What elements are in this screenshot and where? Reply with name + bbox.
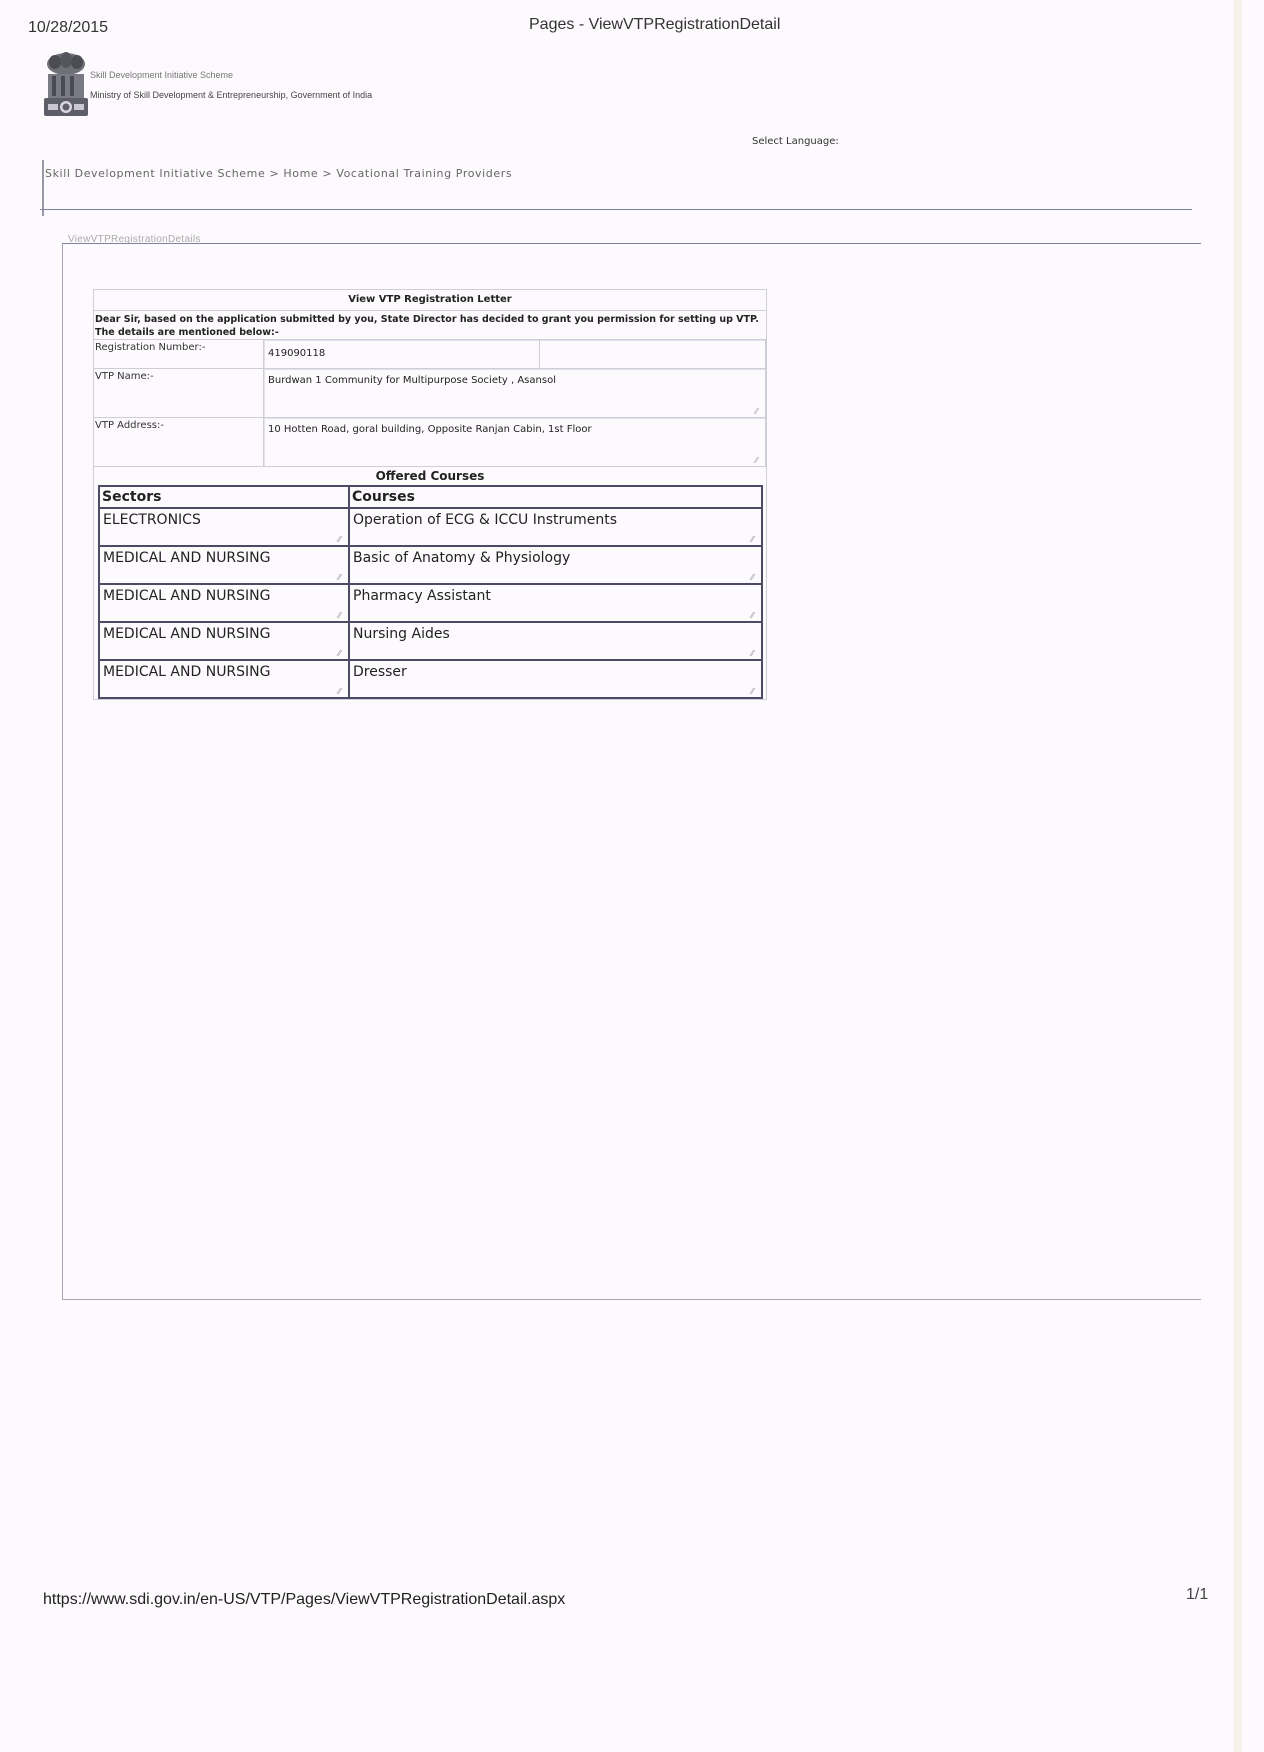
- page-number: 1/1: [1186, 1586, 1208, 1604]
- course-field[interactable]: Operation of ECG & ICCU Instruments⁄⁄: [349, 508, 762, 546]
- divider: [40, 209, 1192, 210]
- column-header-sectors: Sectors: [99, 486, 349, 508]
- course-value: Operation of ECG & ICCU Instruments: [353, 512, 617, 528]
- vtp-name-row: VTP Name:- Burdwan 1 Community for Multi…: [94, 368, 766, 417]
- course-value: Dresser: [353, 664, 407, 680]
- offered-courses-table: Sectors Courses ELECTRONICS⁄⁄ Operation …: [98, 485, 763, 699]
- site-name: Skill Development Initiative Scheme: [90, 70, 233, 80]
- resize-grip-icon[interactable]: ⁄⁄: [338, 688, 345, 695]
- course-value: Nursing Aides: [353, 626, 450, 642]
- registration-number-label: Registration Number:-: [94, 340, 263, 368]
- course-value: Basic of Anatomy & Physiology: [353, 550, 570, 566]
- registration-number-value: 419090118: [268, 348, 325, 359]
- breadcrumb-separator: >: [269, 167, 279, 180]
- breadcrumb-separator: >: [322, 167, 332, 180]
- sector-value: MEDICAL AND NURSING: [103, 626, 271, 642]
- registration-number-field[interactable]: 419090118: [263, 340, 766, 368]
- vtp-address-row: VTP Address:- 10 Hotten Road, goral buil…: [94, 417, 766, 466]
- table-row: MEDICAL AND NURSING⁄⁄ Dresser⁄⁄: [99, 660, 762, 698]
- national-emblem-icon[interactable]: [42, 50, 90, 122]
- select-language-label[interactable]: Select Language:: [752, 136, 839, 147]
- table-row: MEDICAL AND NURSING⁄⁄ Nursing Aides⁄⁄: [99, 622, 762, 660]
- print-url: https://www.sdi.gov.in/en-US/VTP/Pages/V…: [43, 1591, 565, 1609]
- resize-grip-icon[interactable]: ⁄⁄: [755, 408, 762, 415]
- resize-grip-icon[interactable]: ⁄⁄: [755, 457, 762, 464]
- resize-grip-icon[interactable]: ⁄⁄: [751, 536, 758, 543]
- sector-field[interactable]: MEDICAL AND NURSING⁄⁄: [99, 622, 349, 660]
- breadcrumb-item-home[interactable]: Home: [283, 167, 318, 180]
- print-page-title: Pages - ViewVTPRegistrationDetail: [529, 16, 780, 34]
- table-row: MEDICAL AND NURSING⁄⁄ Basic of Anatomy &…: [99, 546, 762, 584]
- ministry-name: Ministry of Skill Development & Entrepre…: [90, 90, 372, 100]
- resize-grip-icon[interactable]: ⁄⁄: [751, 688, 758, 695]
- resize-grip-icon[interactable]: ⁄⁄: [338, 536, 345, 543]
- vtp-name-label: VTP Name:-: [94, 369, 263, 417]
- breadcrumb: Skill Development Initiative Scheme > Ho…: [45, 167, 512, 180]
- resize-grip-icon[interactable]: ⁄⁄: [338, 574, 345, 581]
- resize-grip-icon[interactable]: ⁄⁄: [751, 574, 758, 581]
- vtp-name-field[interactable]: Burdwan 1 Community for Multipurpose Soc…: [263, 369, 766, 417]
- resize-grip-icon[interactable]: ⁄⁄: [338, 612, 345, 619]
- column-header-courses: Courses: [349, 486, 762, 508]
- table-row: MEDICAL AND NURSING⁄⁄ Pharmacy Assistant…: [99, 584, 762, 622]
- vtp-address-field[interactable]: 10 Hotten Road, goral building, Opposite…: [263, 418, 766, 466]
- vtp-address-value: 10 Hotten Road, goral building, Opposite…: [268, 424, 592, 435]
- registration-number-row: Registration Number:- 419090118: [94, 339, 766, 368]
- resize-grip-icon[interactable]: ⁄⁄: [338, 650, 345, 657]
- sector-value: MEDICAL AND NURSING: [103, 550, 271, 566]
- sector-value: MEDICAL AND NURSING: [103, 588, 271, 604]
- sector-field[interactable]: ELECTRONICS⁄⁄: [99, 508, 349, 546]
- divider: [42, 160, 44, 216]
- breadcrumb-item-sdis[interactable]: Skill Development Initiative Scheme: [45, 167, 265, 180]
- breadcrumb-item-vtp[interactable]: Vocational Training Providers: [336, 167, 512, 180]
- course-value: Pharmacy Assistant: [353, 588, 491, 604]
- registration-letter: View VTP Registration Letter Dear Sir, b…: [93, 289, 767, 700]
- sector-value: MEDICAL AND NURSING: [103, 664, 271, 680]
- course-field[interactable]: Basic of Anatomy & Physiology⁄⁄: [349, 546, 762, 584]
- letter-intro: Dear Sir, based on the application submi…: [94, 311, 766, 339]
- letter-title: View VTP Registration Letter: [94, 290, 766, 311]
- course-field[interactable]: Nursing Aides⁄⁄: [349, 622, 762, 660]
- resize-grip-icon[interactable]: ⁄⁄: [751, 650, 758, 657]
- table-row: ELECTRONICS⁄⁄ Operation of ECG & ICCU In…: [99, 508, 762, 546]
- sector-field[interactable]: MEDICAL AND NURSING⁄⁄: [99, 660, 349, 698]
- sector-value: ELECTRONICS: [103, 512, 201, 528]
- page-edge: [1234, 0, 1242, 1752]
- course-field[interactable]: Pharmacy Assistant⁄⁄: [349, 584, 762, 622]
- print-date: 10/28/2015: [28, 19, 108, 37]
- course-field[interactable]: Dresser⁄⁄: [349, 660, 762, 698]
- vtp-address-label: VTP Address:-: [94, 418, 263, 466]
- vtp-name-value: Burdwan 1 Community for Multipurpose Soc…: [268, 375, 556, 386]
- sector-field[interactable]: MEDICAL AND NURSING⁄⁄: [99, 546, 349, 584]
- sector-field[interactable]: MEDICAL AND NURSING⁄⁄: [99, 584, 349, 622]
- resize-grip-icon[interactable]: ⁄⁄: [751, 612, 758, 619]
- offered-courses-title: Offered Courses: [94, 466, 766, 485]
